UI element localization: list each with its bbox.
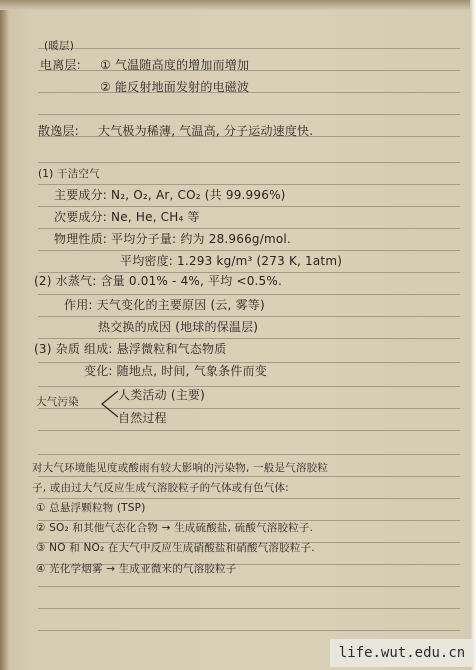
ruled-line [38,476,460,477]
ruled-line [38,498,460,499]
pollutants-intro-1: 对大气环境能见度或酸雨有较大影响的污染物, 一般是气溶胶粒 [32,460,328,475]
exosphere-text: 大气极为稀薄, 气温高, 分子运动速度快. [98,122,313,139]
impurities-composition: 组成: 悬浮微粒和气态物质 [84,340,226,357]
pollutant-item-1: ① 总悬浮颗粒物 (TSP) [36,500,146,515]
ruled-line [38,294,460,295]
ruled-line [38,228,460,229]
air-pollution-branch-human: 人类活动 (主要) [118,386,205,403]
pollutants-intro-2: 子, 或由过大气反应生成气溶胶粒子的气体或有色气体: [32,480,289,495]
ruled-line [38,250,460,251]
ionosphere-point-1: ① 气温随高度的增加而增加 [100,56,249,73]
ionosphere-note: (暖层) [44,38,74,53]
ruled-line [38,206,460,207]
water-vapor-role-1: 作用: 天气变化的主要原因 (云, 雾等) [64,296,265,313]
ionosphere-label: 电离层: [40,56,81,73]
water-vapor-role-2: 热交换的成因 (地球的保温层) [98,318,258,335]
ruled-line [38,586,460,587]
ionosphere-point-2: ② 能反射地面发射的电磁波 [100,78,249,95]
watermark: life.wut.edu.cn [330,639,474,667]
ruled-line [38,630,460,631]
ruled-line [38,430,460,431]
bracket-icon [98,389,120,419]
paper-right-edge [470,0,476,670]
ruled-line [38,114,460,115]
air-pollution-branch-natural: 自然过程 [118,409,167,426]
ruled-line [38,316,460,317]
exosphere-label: 散逸层: [38,122,79,139]
ruled-line [38,184,460,185]
dry-air-main-components: 主要成分: N₂, O₂, Ar, CO₂ (共 99.996%) [54,186,286,203]
ruled-line [38,338,460,339]
pollutant-item-4: ④ 光化学烟雾 → 生成亚微米的气溶胶粒子 [36,561,236,576]
dry-air-minor-components: 次要成分: Ne, He, CH₄ 等 [54,208,200,225]
ruled-line [38,454,460,455]
water-vapor-heading: (2) 水蒸气: 含量 0.01% - 4%, 平均 <0.5%. [34,272,282,289]
ruled-line [38,386,460,387]
pollutant-item-2: ② SO₂ 和其他气态化合物 → 生成硫酸盐, 硫酸气溶胶粒子. [36,520,313,535]
notebook-page: (暖层) 电离层: ① 气温随高度的增加而增加 ② 能反射地面发射的电磁波 散逸… [14,6,466,670]
dry-air-physical-props: 物理性质: 平均分子量: 约为 28.966g/mol. [54,230,291,247]
dry-air-heading: (1) 干洁空气 [38,166,100,181]
impurities-variation: 变化: 随地点, 时间, 气象条件而变 [84,362,267,379]
dry-air-avg-density: 平均密度: 1.293 kg/m³ (273 K, 1atm) [120,252,342,269]
air-pollution-label: 大气污染 [36,394,79,409]
ruled-line [38,48,460,49]
notebook-photo: (暖层) 电离层: ① 气温随高度的增加而增加 ② 能反射地面发射的电磁波 散逸… [0,0,476,670]
ruled-line [38,162,460,163]
ruled-line [38,608,460,609]
impurities-heading: (3) 杂质 [34,340,80,357]
pollutant-item-3: ③ NO 和 NO₂ 在大气中反应生成硝酸盐和硝酸气溶胶粒子. [36,540,315,555]
